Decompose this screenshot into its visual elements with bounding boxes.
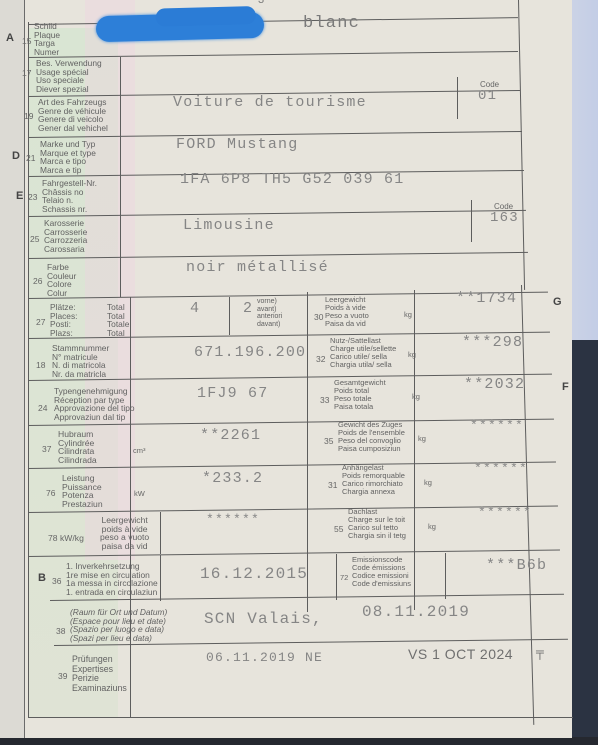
field-number: 55 xyxy=(334,524,343,534)
unit-kw-per-kg: kW/kg xyxy=(60,533,84,543)
label-rm: Paisa da vid xyxy=(325,320,369,328)
label-divider-upper xyxy=(120,57,121,297)
label-rm: Chargia sin il tetg xyxy=(348,532,406,540)
label-it: anteriori xyxy=(257,313,282,321)
label-rm: Paisa totala xyxy=(334,403,386,411)
unit-kg: kg xyxy=(418,434,426,443)
field-number: 23 xyxy=(28,192,37,202)
matriculation-value: 671.196.200 xyxy=(194,344,306,361)
side-letter-f: F xyxy=(562,381,569,393)
field-72-labels: Emissionscode Code émissions Codice emis… xyxy=(352,556,411,588)
side-letter-a: A xyxy=(6,32,14,44)
field-38-labels: (Raum für Ort und Datum) (Espace pour li… xyxy=(70,608,167,642)
label-rm: Marca e tip xyxy=(40,166,96,175)
label-de: vorne) xyxy=(257,298,282,306)
unit-kg: kg xyxy=(428,522,436,531)
field-number: 15 xyxy=(22,36,31,46)
field-number: 76 xyxy=(46,488,55,498)
frame-bottom-border xyxy=(28,717,573,718)
code-divider xyxy=(457,77,458,119)
field-number: 39 xyxy=(58,671,67,681)
unit-kg: kg xyxy=(424,478,432,487)
field-number: 21 xyxy=(26,153,35,163)
label-rm: 1. entrada en circulaziun xyxy=(66,588,158,597)
registration-document: 3 A D E B G F 15 Schild Plaque Targa Num… xyxy=(0,0,572,738)
chassis-number-value: 1FA 6P8 TH5 G52 039 61 xyxy=(180,171,404,188)
emission-code-value: ***B6b xyxy=(486,557,547,574)
stamp-mark-icon: ╤ xyxy=(536,645,545,660)
unit-kw: kW xyxy=(134,489,145,498)
field-number: 25 xyxy=(30,234,39,244)
label-rm: Schassis nr. xyxy=(42,205,97,214)
center-divider xyxy=(307,292,308,612)
field-21-labels: Marke und Typ Marque et type Marca e tip… xyxy=(40,140,96,174)
field-number: 36 xyxy=(52,576,61,586)
label-rm: paisa da vid xyxy=(100,542,149,551)
field-number: 32 xyxy=(316,354,325,364)
code-divider xyxy=(471,200,472,242)
field-55-labels: Dachlast Charge sur le toit Carico sul t… xyxy=(348,508,406,540)
field-18-labels: Stammnummer N° matricule N. di matricola… xyxy=(52,344,109,378)
field-25-labels: Karosserie Carrosserie Carrozzeria Caros… xyxy=(44,219,87,253)
field-76-labels: Leistung Puissance Potenza Prestaziun xyxy=(62,474,103,508)
body-type-code: 163 xyxy=(490,210,519,226)
empty-weight-value: **1734 xyxy=(456,290,517,307)
side-letter-g: G xyxy=(553,296,562,308)
first-registration-value: 16.12.2015 xyxy=(200,565,308,583)
field-23-labels: Fahrgestell-Nr. Châssis no Telaio n. Sch… xyxy=(42,179,97,213)
field-26-labels: Farbe Couleur Colore Colur xyxy=(47,263,76,297)
field-24-labels: Typengenehmigung Réception par type Appr… xyxy=(54,387,135,421)
body-type-value: Limousine xyxy=(183,217,275,234)
side-letter-d: D xyxy=(12,150,20,162)
label-rm: Approvaziun dal tip xyxy=(54,413,135,422)
unit-cm3: cm³ xyxy=(133,446,146,455)
label-fr: avant) xyxy=(257,306,282,314)
inspection-1-value: 06.11.2019 NE xyxy=(206,650,323,665)
vehicle-type-value: Voiture de tourisme xyxy=(173,94,367,111)
inspection-stamp-value: VS 1 OCT 2024 xyxy=(408,646,513,662)
label-rm: Colur xyxy=(47,289,76,298)
seats-front-value: 2 xyxy=(243,300,253,317)
background-bottom-edge xyxy=(0,737,598,745)
power-to-weight-value: ****** xyxy=(206,512,260,527)
unit-kg: kg xyxy=(404,310,412,319)
label-rm: davant) xyxy=(257,321,282,329)
field-32-labels: Nutz-/Sattellast Charge utile/sellette C… xyxy=(330,337,396,369)
trailer-load-value: ****** xyxy=(474,461,528,476)
unit-kg: kg xyxy=(412,392,420,401)
field-number: 72 xyxy=(340,573,348,582)
field-30-labels: Leergewicht Poids à vide Peso a vuoto Pa… xyxy=(325,296,369,328)
seats-divider xyxy=(229,297,230,335)
total-weight-value: **2032 xyxy=(464,376,525,393)
page-number: 3 xyxy=(258,0,264,6)
label-rm: Chargia annexa xyxy=(342,488,405,496)
field-19-labels: Art des Fahrzeugs Genre de véhicule Gene… xyxy=(38,98,108,132)
emission-value-divider xyxy=(445,553,446,599)
label-rm: Plazs: xyxy=(50,329,77,338)
field-number: 35 xyxy=(324,436,333,446)
label-rm: (Spazi per lieu e data) xyxy=(70,634,167,643)
emission-left-divider xyxy=(336,554,337,600)
field-15-labels: Schild Plaque Targa Numer xyxy=(34,22,60,56)
field-33-labels: Gesamtgewicht Poids total Peso totale Pa… xyxy=(334,379,386,411)
label-rm: Carossaria xyxy=(44,245,87,254)
seats-front-labels: vorne) avant) anteriori davant) xyxy=(257,298,282,328)
unit-kg: kg xyxy=(408,350,416,359)
field-number: 38 xyxy=(56,626,65,636)
field-37-labels: Hubraum Cylindrée Cilindrata Cilindrada xyxy=(58,430,97,464)
field-number: 30 xyxy=(314,312,323,322)
frame-left-border xyxy=(28,22,29,718)
side-letter-e: E xyxy=(16,190,23,202)
redaction-scribble xyxy=(96,12,265,42)
field-number: 19 xyxy=(24,111,33,121)
document-fold-strip xyxy=(0,0,25,738)
plate-value: blanc xyxy=(303,14,360,33)
payload-value: ***298 xyxy=(462,334,523,351)
field-36-labels: 1. Inverkehrsetzung 1re mise en circulat… xyxy=(66,562,158,596)
field-number: 78 xyxy=(48,533,58,543)
field-number: 27 xyxy=(36,317,45,327)
label-rm: Cilindrada xyxy=(58,456,97,465)
frame-right-border-upper xyxy=(518,0,525,290)
label-rm: Code d'emissiuns xyxy=(352,580,411,588)
seats-total-value: 4 xyxy=(190,300,200,317)
label-rm: Gener dal vehichel xyxy=(38,124,108,133)
field-number: 31 xyxy=(328,480,337,490)
label-rm: Prestaziun xyxy=(62,500,103,509)
label-divider xyxy=(160,555,161,601)
field-number: 17 xyxy=(22,68,31,78)
field-number: 33 xyxy=(320,395,329,405)
right-label-divider xyxy=(414,290,415,610)
side-letter-b: B xyxy=(38,572,46,584)
label-rm: Diever spezial xyxy=(36,85,102,94)
label-rm: Examinaziuns xyxy=(72,684,127,694)
field-27-total-labels: Total Total Totale Total xyxy=(107,303,129,337)
field-78-labels: Leergewicht poids à vide peso a vuoto pa… xyxy=(100,516,149,550)
label-divider xyxy=(160,512,161,554)
make-model-value: FORD Mustang xyxy=(176,136,298,153)
power-value: *233.2 xyxy=(202,470,263,487)
color-value: noir métallisé xyxy=(186,259,329,276)
roof-load-value: ****** xyxy=(478,505,532,520)
displacement-value: **2261 xyxy=(200,427,261,444)
field-17-labels: Bes. Verwendung Usage spécial Uso specia… xyxy=(36,59,102,93)
field-number: 18 xyxy=(36,360,45,370)
field-number: 26 xyxy=(33,276,42,286)
label-rm: Chargia utila/ sella xyxy=(330,361,396,369)
field-39-labels: Prüfungen Expertises Perizie Examinaziun… xyxy=(72,655,127,693)
field-number: 37 xyxy=(42,444,51,454)
label-divider-lower xyxy=(130,297,131,717)
type-approval-value: 1FJ9 67 xyxy=(197,385,268,402)
vehicle-type-code: 01 xyxy=(478,88,497,104)
label-rm: Nr. da matricla xyxy=(52,370,109,379)
place-value: SCN Valais, xyxy=(204,610,323,628)
field-number: 24 xyxy=(38,403,47,413)
field-31-labels: Anhängelast Poids remorquable Carico rim… xyxy=(342,464,405,496)
label-rm: Numer xyxy=(34,48,60,57)
field-35-labels: Gewicht des Zuges Poids de l'ensemble Pe… xyxy=(338,421,405,453)
issue-date-value: 08.11.2019 xyxy=(362,603,470,621)
field-27-labels: Plätze: Places: Posti: Plazs: xyxy=(50,303,77,337)
train-weight-value: ****** xyxy=(470,418,524,433)
label-rm: Paisa cumposiziun xyxy=(338,445,405,453)
